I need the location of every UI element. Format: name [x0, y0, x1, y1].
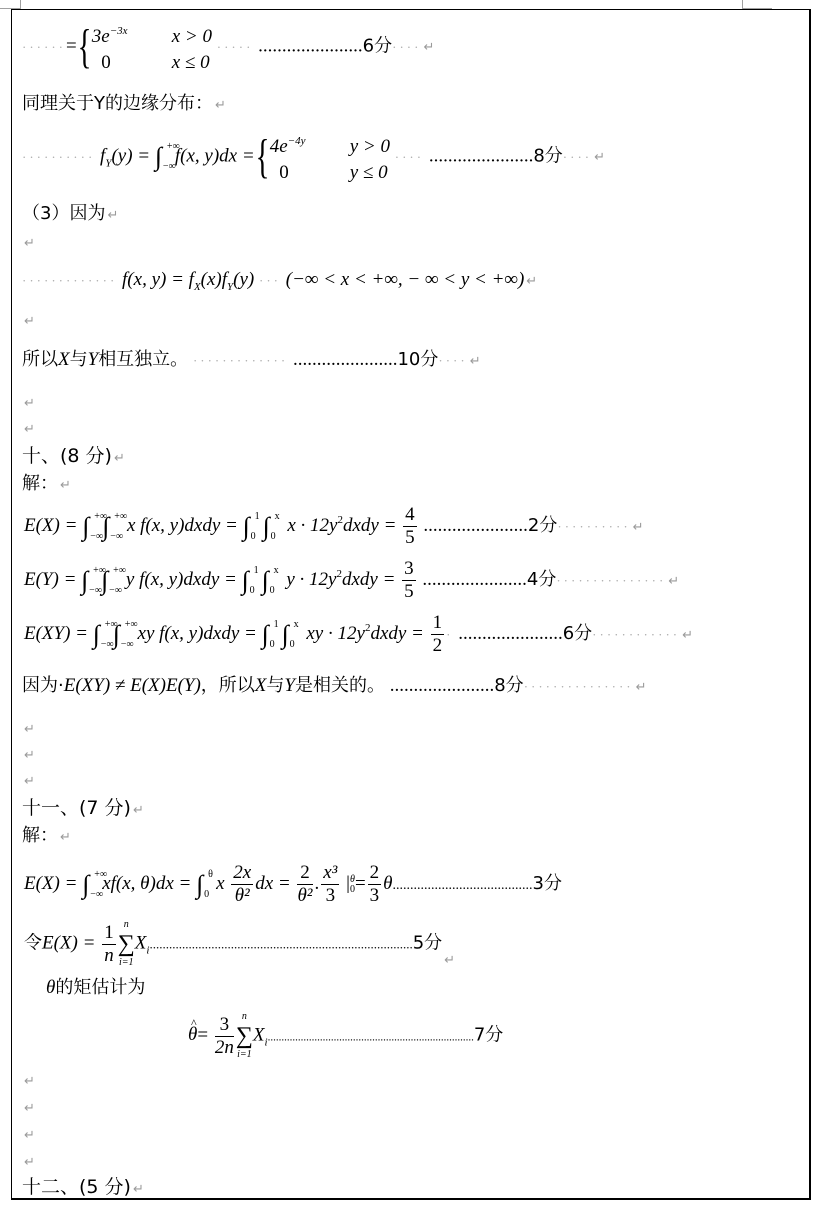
- paragraph-mark-icon: ↵: [636, 680, 647, 695]
- text: 相互独立。: [98, 349, 188, 370]
- eq-end: (y): [233, 269, 254, 290]
- independence-conclusion: 所以X与Y相互独立。 ············· ...............…: [22, 348, 481, 374]
- lower-limit: −∞: [109, 579, 122, 603]
- paragraph-mark-icon: ↵: [633, 520, 644, 535]
- q10-solution-label: 解：↵: [22, 472, 71, 498]
- case2-condition: x ≤ 0: [172, 52, 210, 73]
- paragraph-mark-icon: ↵: [594, 150, 605, 165]
- lower-limit: −∞: [101, 633, 114, 657]
- paragraph-mark-icon: ↵: [668, 574, 679, 589]
- numerator: 1: [102, 922, 116, 945]
- score-label: 2分: [528, 515, 557, 536]
- var-y: Y: [284, 675, 295, 696]
- paragraph-mark-icon: ↵: [60, 830, 71, 845]
- denominator: 3: [321, 885, 339, 907]
- text: 是相关的。: [295, 675, 385, 696]
- integrand: xf(x, θ)dx =: [102, 873, 191, 894]
- q10-conclusion: 因为·E(XY) ≠ E(X)E(Y)，所以X与Y是相关的。 .........…: [22, 674, 647, 700]
- lower-limit: 0: [270, 633, 275, 657]
- score-leader: ......................: [390, 675, 495, 696]
- integrand: f(x, y)dx =: [175, 145, 255, 166]
- paragraph-mark-icon: ↵: [24, 236, 35, 251]
- case1-exponent: −3x: [110, 25, 128, 37]
- integrand: x f(x, y)dxdy =: [127, 515, 238, 536]
- trail-dots: ··········: [557, 519, 630, 534]
- lower-limit: 0: [250, 579, 255, 603]
- integrand: y · 12y: [286, 569, 336, 590]
- heading-text: 十、(8 分): [22, 445, 112, 467]
- score-label: 6分: [563, 623, 592, 644]
- sum-upper: n: [236, 1010, 253, 1024]
- fx-cases-line: ······={3e−3xx > 0 0x ≤ 0 ····· ........…: [22, 18, 434, 76]
- text: 与: [70, 349, 88, 370]
- paragraph-mark-icon: ↵: [24, 314, 35, 329]
- denominator: 2n: [215, 1037, 234, 1059]
- integral-sign: ∫+∞−∞: [93, 623, 113, 647]
- paragraph-mark-icon: ↵: [526, 274, 537, 289]
- fy-line: ·········· fY(y) = ∫+∞−∞f(x, y)dx ={4e−4…: [22, 128, 605, 186]
- integral-sign: ∫θ0: [196, 873, 216, 897]
- integrand: x · 12y: [287, 515, 337, 536]
- var-x: x: [216, 873, 224, 894]
- sum-lower: i=1: [118, 956, 135, 970]
- differential: dx =: [255, 873, 291, 894]
- score-label: 5分: [413, 932, 442, 953]
- fraction: 23: [368, 862, 382, 907]
- q11-estimator: ^θ= 32nn∑i=1Xi..........................…: [188, 1010, 503, 1062]
- lhs: E(XY) =: [24, 623, 88, 644]
- denominator: 2: [431, 635, 445, 657]
- fraction: x³3: [321, 862, 339, 907]
- crop-mark-top-left-v: [20, 0, 21, 9]
- score-label: 8分: [494, 675, 523, 696]
- integral-sign: ∫10: [243, 515, 263, 539]
- score-leader: ......................: [422, 569, 527, 590]
- q11-moment-equation: 令E(X) = 1nn∑i=1Xi.......................…: [24, 918, 455, 973]
- eq-mid: (x)f: [201, 269, 227, 290]
- leader-dots: ··········: [22, 149, 95, 164]
- integrand: xy f(x, y)dxdy =: [138, 623, 257, 644]
- paragraph-mark-icon: ↵: [470, 354, 481, 369]
- q11-solution-label: 解：↵: [22, 824, 71, 850]
- integral-sign: ∫+∞−∞: [81, 569, 101, 593]
- var-x: X: [135, 932, 147, 953]
- part3-label: （3）因为↵: [22, 202, 118, 228]
- text: ，所以: [201, 675, 255, 696]
- theta-hat: ^θ: [188, 1023, 197, 1047]
- paragraph-mark-icon: ↵: [215, 98, 226, 113]
- q10-exy-line: E(XY) = ∫+∞−∞∫+∞−∞ xy f(x, y)dxdy = ∫10∫…: [24, 612, 693, 657]
- summation: n∑i=1: [118, 918, 135, 970]
- empty-paragraph: ↵: [22, 1095, 35, 1121]
- theta: θ: [383, 873, 392, 894]
- equals-sign: =: [66, 35, 77, 56]
- lhs: E(X) =: [42, 932, 95, 953]
- var-y: Y: [88, 349, 99, 370]
- lower-limit: 0: [271, 525, 276, 549]
- integrand: xy · 12y: [306, 623, 365, 644]
- lhs: E(X) =: [24, 873, 77, 894]
- fraction: 45: [403, 504, 417, 549]
- numerator: 2: [297, 862, 312, 885]
- lower-limit: 0: [204, 883, 209, 907]
- trail-dots: ···············: [524, 679, 634, 694]
- denominator: θ²: [297, 885, 312, 907]
- score-label: 3分: [533, 873, 562, 894]
- sum-upper: n: [118, 918, 135, 932]
- heading-text: 十一、(7 分): [22, 797, 131, 819]
- equals-sign: =: [197, 1024, 208, 1045]
- q10-ex-line: E(X) = ∫+∞−∞∫+∞−∞ x f(x, y)dxdy = ∫10∫x0…: [24, 504, 644, 549]
- integral-sign: ∫x0: [263, 515, 283, 539]
- text: 的矩估计为: [55, 977, 145, 998]
- integrand: dxdy =: [370, 623, 423, 644]
- leader-dots: ·············: [193, 353, 288, 368]
- fraction: 2xθ²: [231, 862, 253, 907]
- integral-sign: ∫10: [262, 623, 282, 647]
- dot: .: [315, 873, 320, 894]
- empty-paragraph: ↵: [22, 308, 35, 334]
- text: 因为·: [22, 675, 64, 696]
- trail-dots: ····: [392, 39, 421, 54]
- integral-sign: ∫10: [242, 569, 262, 593]
- paragraph-mark-icon: ↵: [133, 803, 144, 818]
- text: 令: [24, 932, 42, 953]
- q11-ex-line: E(X) = ∫+∞−∞xf(x, θ)dx = ∫θ0x 2xθ²dx = 2…: [24, 862, 562, 907]
- score-label: 8分: [533, 145, 562, 166]
- score-label: 4分: [527, 569, 556, 590]
- trail-dots: ····: [563, 149, 592, 164]
- lower-limit: −∞: [163, 155, 176, 179]
- integral-sign: ∫+∞−∞: [155, 145, 175, 169]
- var-x: X: [253, 1024, 265, 1045]
- paragraph-mark-icon: ↵: [24, 748, 35, 763]
- denominator: 5: [403, 527, 417, 549]
- q11-estimator-intro: θ的矩估计为: [46, 976, 145, 1000]
- fraction: 35: [402, 558, 416, 603]
- case1-condition: y > 0: [350, 136, 390, 157]
- paragraph-mark-icon: ↵: [24, 774, 35, 789]
- paragraph-mark-icon: ↵: [24, 1074, 35, 1089]
- summation: n∑i=1: [236, 1010, 253, 1062]
- integral-sign: ∫+∞−∞: [102, 515, 122, 539]
- paragraph-mark-icon: ↵: [423, 40, 434, 55]
- hat-accent: ^: [191, 1011, 197, 1035]
- equals-sign: =: [355, 873, 366, 894]
- empty-paragraph: ↵: [22, 742, 35, 768]
- case2-expr: 0: [279, 162, 289, 183]
- integral-sign: ∫+∞−∞: [82, 515, 102, 539]
- integral-sign: ∫x0: [282, 623, 302, 647]
- question-11-header: 十一、(7 分)↵: [22, 796, 144, 823]
- empty-paragraph: ↵: [22, 416, 35, 442]
- heading-text: 十二、(5 分): [22, 1176, 131, 1198]
- mid-dots: ···: [259, 273, 281, 288]
- eq-expr: f(x, y) = f: [122, 269, 194, 290]
- independence-equation: ············· f(x, y) = fX(x)fY(y) ··· (…: [22, 268, 537, 299]
- empty-paragraph: ↵: [22, 768, 35, 794]
- trail-dots: ············: [592, 627, 680, 642]
- piecewise-cases: 4e−4yy > 0 0y ≤ 0: [270, 128, 390, 186]
- paragraph-mark-icon: ↵: [107, 208, 118, 223]
- marginal-y-intro: 同理关于Y的边缘分布：↵: [22, 92, 226, 118]
- solution-text: 解：: [22, 825, 58, 846]
- empty-paragraph: ↵: [22, 716, 35, 742]
- denominator: n: [102, 945, 116, 967]
- integrand: dxdy =: [342, 569, 395, 590]
- numerator: 3: [402, 558, 416, 581]
- mid-dot: ·: [446, 627, 453, 642]
- case2-expr: 0: [101, 52, 111, 73]
- trail-dots: ····: [438, 353, 467, 368]
- score-leader: ........................................: [393, 878, 533, 893]
- paragraph-mark-icon: ↵: [24, 1155, 35, 1170]
- lower-limit: −∞: [121, 633, 134, 657]
- integral-sign: ∫x0: [262, 569, 282, 593]
- solution-text: 解：: [22, 473, 58, 494]
- score-leader: ........................................…: [268, 1031, 474, 1043]
- fraction: 2θ²: [297, 862, 312, 907]
- integrand: y f(x, y)dxdy =: [126, 569, 237, 590]
- leader-dots: ·············: [22, 273, 117, 288]
- integral-sign: ∫+∞−∞: [113, 623, 133, 647]
- numerator: x³: [321, 862, 339, 885]
- leader-dots: ······: [22, 39, 66, 54]
- score-label: 7分: [474, 1024, 503, 1045]
- left-brace: {: [77, 23, 91, 71]
- case1-condition: x > 0: [172, 26, 212, 47]
- score-leader: ......................: [429, 145, 534, 166]
- sum-lower: i=1: [236, 1048, 253, 1062]
- score-leader: ......................: [423, 515, 528, 536]
- integrand: dxdy =: [343, 515, 396, 536]
- empty-paragraph: ↵: [22, 390, 35, 416]
- question-12-header: 十二、(5 分)↵: [22, 1175, 144, 1202]
- case1-exponent: −4y: [288, 135, 306, 147]
- paragraph-mark-icon: ↵: [444, 953, 455, 968]
- score-leader: ........................................…: [149, 936, 412, 951]
- case1-expr: 4e: [270, 136, 288, 157]
- paragraph-mark-icon: ↵: [133, 1182, 144, 1197]
- inequality-expr: E(XY) ≠ E(X)E(Y): [64, 675, 201, 696]
- lower-limit: 0: [251, 525, 256, 549]
- var-x: X: [58, 349, 70, 370]
- paragraph-mark-icon: ↵: [60, 478, 71, 493]
- lhs-arg: (y) =: [111, 145, 150, 166]
- tail-dots: ····: [395, 149, 424, 164]
- paragraph-mark-icon: ↵: [24, 722, 35, 737]
- question-10-header: 十、(8 分)↵: [22, 444, 125, 471]
- numerator: 4: [403, 504, 417, 527]
- numerator: 1: [431, 612, 445, 635]
- case1-expr: 3e: [92, 26, 110, 47]
- theta: θ: [46, 977, 55, 998]
- trail-dots: ···············: [556, 573, 666, 588]
- var-x: X: [255, 675, 267, 696]
- fraction: 1n: [102, 922, 116, 967]
- piecewise-cases: 3e−3xx > 0 0x ≤ 0: [92, 18, 212, 76]
- lower-limit: 0: [270, 579, 275, 603]
- score-leader: ......................: [258, 35, 363, 56]
- paragraph-text: （3）因为: [22, 203, 105, 224]
- empty-paragraph: ↵: [22, 230, 35, 256]
- paragraph-mark-icon: ↵: [24, 1101, 35, 1116]
- paragraph-mark-icon: ↵: [682, 628, 693, 643]
- numerator: 2: [368, 862, 382, 885]
- score-leader: ......................: [293, 349, 398, 370]
- lhs: E(X) =: [24, 515, 77, 536]
- empty-paragraph: ↵: [22, 1149, 35, 1175]
- lhs: E(Y) =: [24, 569, 76, 590]
- empty-paragraph: ↵: [22, 1068, 35, 1094]
- empty-paragraph: ↵: [22, 1122, 35, 1148]
- text: 与: [266, 675, 284, 696]
- paragraph-mark-icon: ↵: [114, 451, 125, 466]
- q10-ey-line: E(Y) = ∫+∞−∞∫+∞−∞ y f(x, y)dxdy = ∫10∫x0…: [24, 558, 679, 603]
- score-leader: ......................: [458, 623, 563, 644]
- paragraph-mark-icon: ↵: [24, 422, 35, 437]
- denominator: 5: [402, 581, 416, 603]
- numerator: 3: [215, 1014, 234, 1037]
- fraction: 12: [431, 612, 445, 657]
- integral-sign: ∫+∞−∞: [101, 569, 121, 593]
- denominator: 3: [368, 885, 382, 907]
- case2-condition: y ≤ 0: [350, 162, 388, 183]
- integral-sign: ∫+∞−∞: [82, 873, 102, 897]
- left-brace: {: [255, 133, 269, 181]
- lower-limit: −∞: [110, 525, 123, 549]
- paragraph-text: 同理关于Y的边缘分布：: [22, 93, 213, 114]
- numerator: 2x: [231, 862, 253, 885]
- lower-limit: −∞: [90, 883, 103, 907]
- paragraph-mark-icon: ↵: [24, 396, 35, 411]
- score-label: 6分: [363, 35, 392, 56]
- fraction: 32n: [215, 1014, 234, 1059]
- subscript: X: [194, 281, 201, 293]
- domain-expr: (−∞ < x < +∞, − ∞ < y < +∞): [286, 269, 525, 290]
- lower-limit: 0: [290, 633, 295, 657]
- paragraph-mark-icon: ↵: [24, 1128, 35, 1143]
- text: 所以: [22, 349, 58, 370]
- tail-dots: ·····: [217, 39, 254, 54]
- denominator: θ²: [231, 885, 253, 907]
- score-label: 10分: [397, 349, 438, 370]
